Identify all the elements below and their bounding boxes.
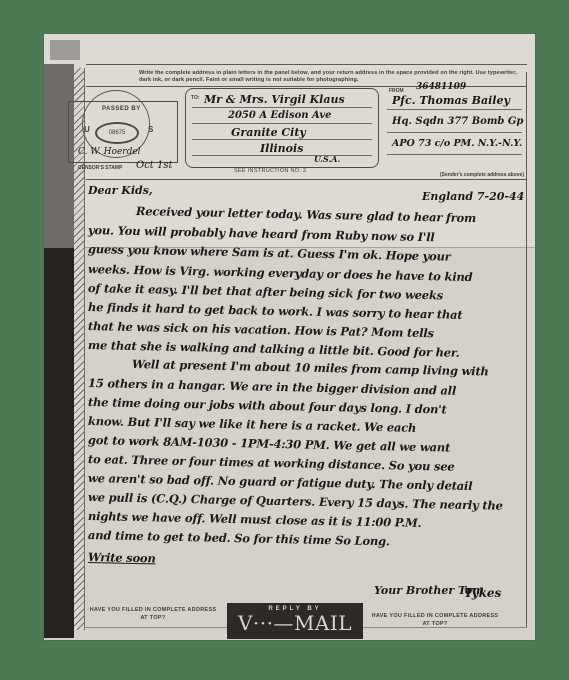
letter-place-date: England 7-20-44	[422, 190, 524, 203]
reply-by-vmail-banner: REPLY BY V···—MAIL	[227, 603, 363, 639]
header-rule-top	[86, 64, 527, 65]
to-address-line-2: 2050 A Edison Ave	[228, 110, 332, 121]
from-address-line-2: Hq. Sqdn 377 Bomb Gp	[392, 116, 523, 127]
sender-address-note: (Sender's complete address above)	[440, 172, 524, 178]
vmail-letter-sheet: Write the complete address in plain lett…	[44, 34, 535, 640]
scan-edge-corner	[50, 40, 80, 60]
from-rule	[387, 132, 522, 133]
footer-note-left: HAVE YOU FILLED IN COMPLETE ADDRESS AT T…	[88, 606, 218, 622]
censor-number: 08675	[95, 122, 139, 144]
to-label: TO:	[191, 95, 200, 101]
from-rule	[387, 109, 522, 110]
letter-signature: Tykes	[464, 586, 501, 600]
from-address-line-1: Pfc. Thomas Bailey	[392, 94, 510, 107]
from-rule	[387, 154, 522, 155]
to-address-line-1: Mr & Mrs. Virgil Klaus	[204, 93, 345, 106]
censor-signature: C. W. Hoerdel	[78, 147, 141, 157]
censor-letter-u: U	[84, 125, 90, 134]
address-section-rule	[86, 179, 527, 180]
to-address-line-5: U.S.A.	[314, 154, 340, 164]
censor-date: Oct 1st	[136, 160, 173, 171]
see-instruction-note: SEE INSTRUCTION NO. 2	[234, 168, 306, 174]
vmail-title: V···—MAIL	[227, 612, 363, 634]
to-address-line-3: Granite City	[231, 126, 306, 139]
address-rule	[192, 107, 372, 108]
from-address-line-3: APO 73 c/o PM. N.Y.-N.Y.	[392, 138, 522, 149]
letter-line-write-soon: Write soon	[88, 550, 156, 565]
letter-salutation: Dear Kids,	[88, 184, 153, 197]
to-address-line-4: Illinois	[260, 142, 303, 155]
address-rule	[192, 139, 372, 140]
to-address-box: TO: Mr & Mrs. Virgil Klaus 2050 A Edison…	[185, 88, 379, 168]
sender-serial: 36481109	[416, 82, 466, 92]
footer-note-right: HAVE YOU FILLED IN COMPLETE ADDRESS AT T…	[370, 612, 500, 628]
address-rule	[192, 123, 372, 124]
address-rule	[192, 155, 372, 156]
censor-letter-s: S	[148, 125, 153, 134]
scan-edge-strip-bottom	[44, 248, 74, 638]
censor-passed-by: PASSED BY	[102, 106, 141, 112]
censor-stamp-label: CENSOR'S STAMP	[78, 165, 122, 171]
right-border-line	[526, 72, 527, 628]
